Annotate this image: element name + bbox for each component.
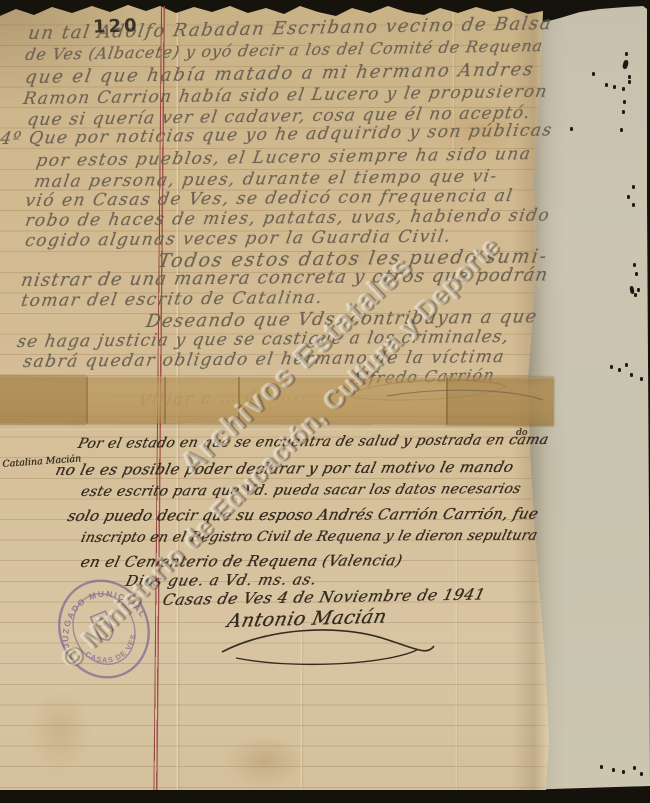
tape-segment — [0, 374, 86, 425]
ink-speck-large — [629, 286, 634, 295]
scan-background-bottom — [0, 790, 650, 803]
ink-line-2: no le es posible poder declarar y por ta… — [54, 458, 516, 479]
folio-number-stamp: 120 — [93, 15, 140, 38]
tape-seam — [164, 377, 166, 424]
ink-closing: Dios gue. a Vd. ms. as. — [124, 570, 319, 590]
ink-line-4: solo puedo decir que su esposo Andrés Ca… — [66, 505, 541, 525]
paper-stain — [28, 688, 92, 774]
tape-seam — [238, 377, 240, 424]
tape-seam — [86, 377, 88, 424]
signature-tail-over-tape — [385, 384, 550, 406]
ink-speck-large — [622, 60, 629, 70]
stamp-shield-emblem — [91, 611, 116, 643]
ink-superscript: do — [516, 428, 527, 438]
paper-stain — [225, 735, 305, 787]
ink-line-3: este escrito para que Vd. pueda sacar lo… — [79, 481, 523, 500]
pencil-line-14: tomar del escrito de Catalina. — [20, 288, 325, 311]
ink-specks — [520, 0, 523, 4]
paper-crease — [455, 540, 459, 790]
document-scan: 120 un tal Adolfo Rabadan Escribano veci… — [0, 0, 650, 803]
ink-signature-rubric — [212, 622, 442, 672]
torn-edge-highlight — [0, 0, 552, 8]
paper-crease — [0, 427, 552, 430]
ink-line-5: inscripto en el Registro Civil de Requen… — [79, 528, 539, 546]
